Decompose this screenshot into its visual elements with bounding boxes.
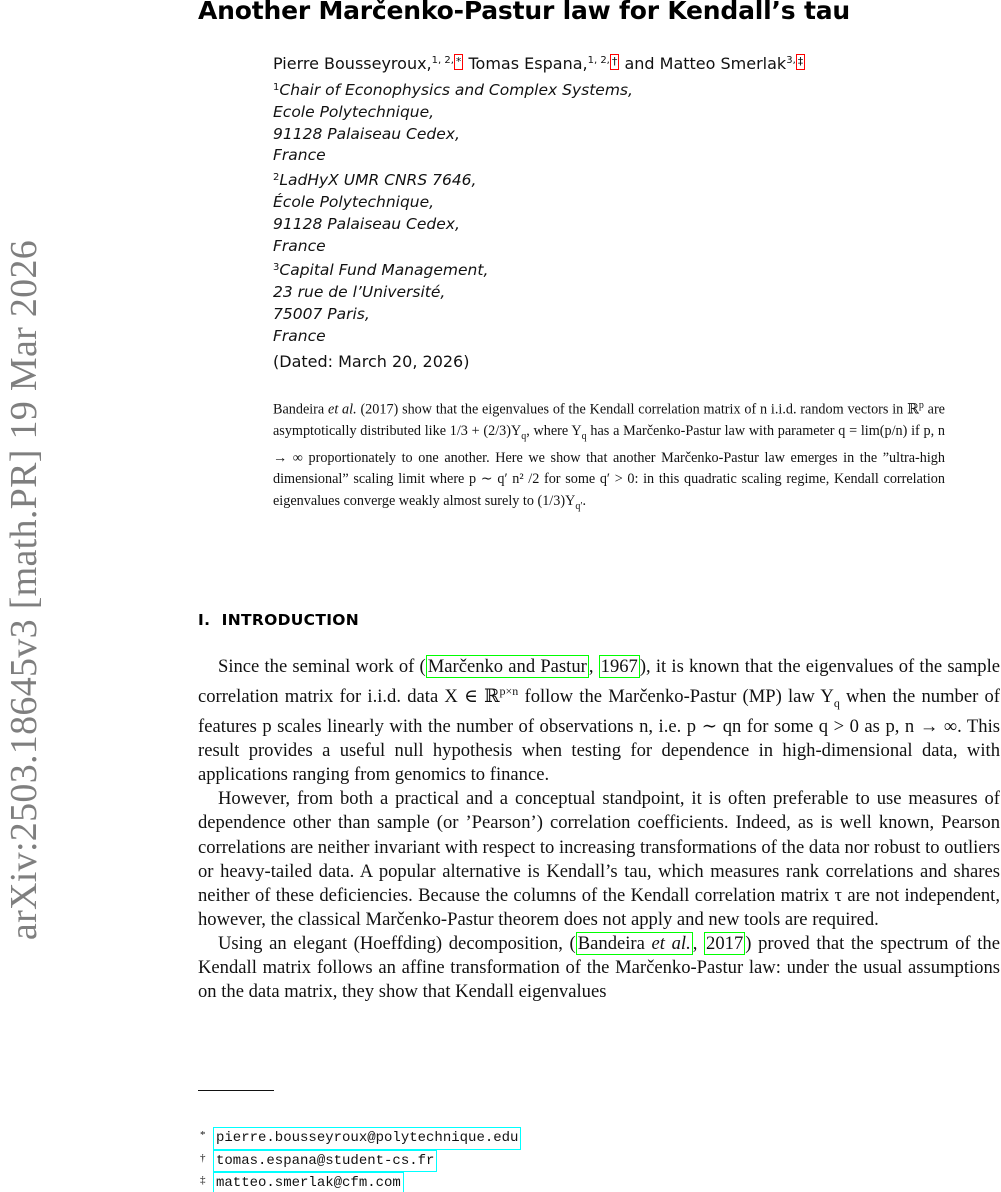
paragraph: Since the seminal work of (Marčenko and … [198, 655, 1000, 787]
body-text: Since the seminal work of (Marčenko and … [198, 655, 1000, 1004]
email-link[interactable]: matteo.smerlak@cfm.com [213, 1172, 404, 1192]
footnote-item: * pierre.bousseyroux@polytechnique.edu [200, 1127, 521, 1150]
section-title: INTRODUCTION [222, 611, 359, 629]
footnote-link-dagger[interactable]: † [610, 54, 620, 70]
email-link[interactable]: pierre.bousseyroux@polytechnique.edu [213, 1127, 521, 1150]
arxiv-identifier-stamp: arXiv:2503.18645v3 [math.PR] 19 Mar 2026 [2, 200, 46, 980]
author-name: Pierre Bousseyroux, [273, 54, 432, 73]
affiliation-line: Ecole Polytechnique, [273, 102, 633, 124]
date-line: (Dated: March 20, 2026) [273, 352, 469, 371]
author-name: and Matteo Smerlak [624, 54, 786, 73]
citation-link-bandeira[interactable]: Bandeira et al. [576, 932, 693, 955]
affiliation-line: 3Capital Fund Management, [273, 257, 633, 282]
affiliation-line: 91128 Palaiseau Cedex, [273, 124, 633, 146]
affiliation-line: 23 rue de l’Université, [273, 282, 633, 304]
author-affiliation-marks: 1, 2, [588, 55, 610, 66]
paragraph: Using an elegant (Hoeffding) decompositi… [198, 932, 1000, 1004]
footnote-mark: † [200, 1148, 213, 1169]
affiliation-line: 75007 Paris, [273, 304, 633, 326]
section-number: I. [198, 611, 210, 629]
paragraph: However, from both a practical and a con… [198, 787, 1000, 932]
footnote-mark: * [200, 1125, 213, 1146]
affiliation-line: France [273, 145, 633, 167]
arxiv-stamp-text: arXiv:2503.18645v3 [math.PR] 19 Mar 2026 [2, 240, 46, 940]
footnote-link-asterisk[interactable]: * [454, 54, 464, 70]
footnote-divider [198, 1090, 274, 1091]
affiliation-line: 1Chair of Econophysics and Complex Syste… [273, 77, 633, 102]
footnote-mark: ‡ [200, 1170, 213, 1191]
author-affiliation-marks: 1, 2, [432, 55, 454, 66]
footnotes: * pierre.bousseyroux@polytechnique.edu †… [200, 1127, 521, 1192]
author-affiliation-marks: 3, [786, 55, 796, 66]
footnote-item: ‡ matteo.smerlak@cfm.com [200, 1172, 521, 1192]
citation-link-year-2017[interactable]: 2017 [704, 932, 745, 955]
section-heading-introduction: I. INTRODUCTION [198, 611, 359, 629]
affiliation-line: École Polytechnique, [273, 192, 633, 214]
affiliation-line: France [273, 326, 633, 348]
email-link[interactable]: tomas.espana@student-cs.fr [213, 1150, 437, 1173]
citation-link-year-1967[interactable]: 1967 [599, 655, 640, 678]
affiliation-line: France [273, 236, 633, 258]
citation-link-marcenko-pastur[interactable]: Marčenko and Pastur [426, 655, 589, 678]
abstract: Bandeira et al. (2017) show that the eig… [273, 395, 945, 517]
affiliation-line: 2LadHyX UMR CNRS 7646, [273, 167, 633, 192]
affiliations: 1Chair of Econophysics and Complex Syste… [273, 77, 633, 348]
author-list: Pierre Bousseyroux,1, 2,* Tomas Espana,1… [273, 54, 805, 73]
paper-title: Another Marčenko-Pastur law for Kendall’… [198, 0, 850, 25]
author-name: Tomas Espana, [469, 54, 588, 73]
footnote-link-double-dagger[interactable]: ‡ [796, 54, 806, 70]
affiliation-line: 91128 Palaiseau Cedex, [273, 214, 633, 236]
footnote-item: † tomas.espana@student-cs.fr [200, 1150, 521, 1173]
